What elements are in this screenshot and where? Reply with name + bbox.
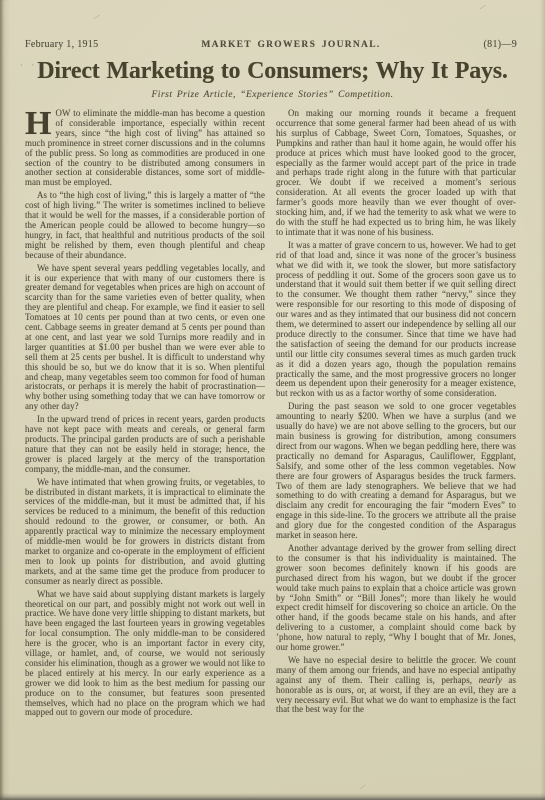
paragraph: During the past season we sold to one gr… bbox=[276, 402, 516, 541]
journal-name: MARKET GROWERS JOURNAL. bbox=[201, 40, 380, 50]
scan-artifact: ⁄ bbox=[361, 782, 365, 792]
paragraph: It was a matter of grave concern to us, … bbox=[276, 241, 516, 400]
left-column: HOW to eliminate the middle-man has beco… bbox=[25, 109, 265, 721]
italic-word: nearly bbox=[479, 675, 502, 685]
article-title: Direct Marketing to Consumers; Why It Pa… bbox=[6, 58, 539, 85]
paragraph-text: OW to eliminate the middle-man has becom… bbox=[25, 108, 265, 187]
page-edge-left-shadow bbox=[0, 0, 10, 800]
page-edge-bottom-shadow bbox=[0, 793, 545, 800]
right-column: On making our morning rounds it became a… bbox=[276, 109, 516, 721]
masthead: February 1, 1915 MARKET GROWERS JOURNAL.… bbox=[0, 0, 545, 50]
paragraph: We have intimated that when growing frui… bbox=[25, 478, 265, 587]
paragraph: As to “the high cost of living,” this is… bbox=[25, 191, 265, 260]
journal-page: · · ⁄ ⁄ ⁄ February 1, 1915 MARKET GROWER… bbox=[0, 0, 545, 800]
paragraph: We have no especial desire to belittle t… bbox=[276, 656, 516, 715]
article-body: HOW to eliminate the middle-man has beco… bbox=[0, 100, 545, 721]
paragraph: What we have said about supplying distan… bbox=[25, 590, 265, 719]
paragraph: HOW to eliminate the middle-man has beco… bbox=[25, 109, 265, 188]
issue-date: February 1, 1915 bbox=[25, 39, 98, 50]
paragraph: We have spent several years peddling veg… bbox=[25, 264, 265, 413]
page-edge-right-shadow bbox=[540, 0, 545, 800]
drop-cap: H bbox=[25, 109, 56, 137]
page-number: (81)—9 bbox=[484, 39, 517, 50]
article-subtitle: First Prize Article, “Experience Stories… bbox=[0, 90, 545, 100]
paragraph: On making our morning rounds it became a… bbox=[276, 109, 516, 238]
paragraph: Another advantage derived by the grower … bbox=[276, 544, 516, 653]
scan-artifact: · · bbox=[20, 60, 37, 70]
paragraph: In the upward trend of prices in recent … bbox=[25, 415, 265, 474]
